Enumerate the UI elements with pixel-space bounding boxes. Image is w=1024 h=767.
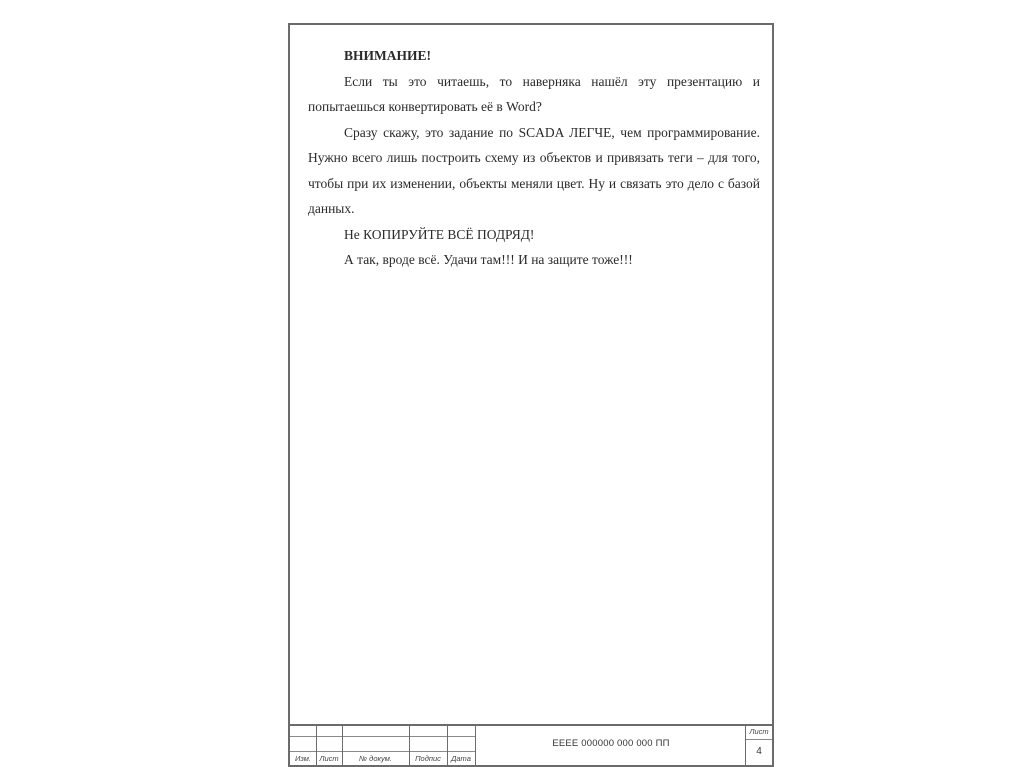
column-label-signature: Подпис: [409, 753, 447, 765]
paragraph-closing: А так, вроде всё. Удачи там!!! И на защи…: [308, 247, 760, 273]
title-block-row-line: [290, 751, 476, 752]
page-frame: ВНИМАНИЕ! Если ты это читаешь, то наверн…: [288, 23, 774, 767]
document-code: ЕЕЕЕ 000000 000 000 ПП: [476, 738, 746, 749]
paragraph: Сразу скажу, это задание по SCADA ЛЕГЧЕ,…: [308, 120, 760, 222]
heading: ВНИМАНИЕ!: [308, 43, 760, 69]
column-label-sheet: Лист: [316, 753, 342, 765]
column-label-change: Изм.: [290, 753, 316, 765]
paragraph: Если ты это читаешь, то наверняка нашёл …: [308, 69, 760, 120]
sheet-cell-divider: [746, 739, 772, 740]
column-label-date: Дата: [447, 753, 475, 765]
title-block: Изм. Лист № докум. Подпис Дата ЕЕЕЕ 0000…: [290, 724, 772, 767]
sheet-number: 4: [746, 746, 772, 757]
title-block-row-line: [290, 736, 476, 737]
paragraph-warning: Не КОПИРУЙТЕ ВСЁ ПОДРЯД!: [308, 222, 760, 248]
column-label-doc-number: № докум.: [342, 753, 409, 765]
document-body: ВНИМАНИЕ! Если ты это читаешь, то наверн…: [308, 43, 760, 273]
sheet-label: Лист: [746, 727, 772, 736]
